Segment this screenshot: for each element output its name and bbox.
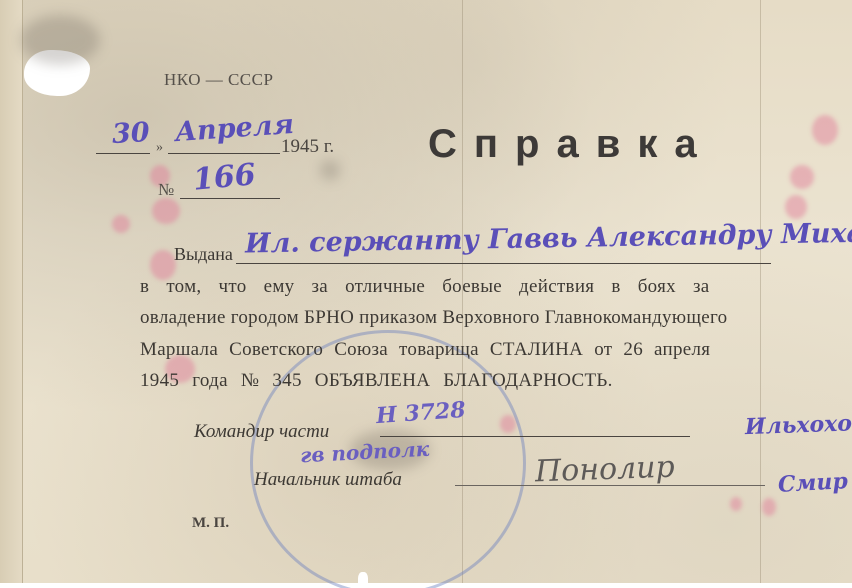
date-day: 30 (111, 117, 150, 150)
document-number: 166 (192, 157, 257, 197)
body-line-3: Маршала Советского Союза товарища СТАЛИН… (140, 339, 710, 361)
document-title: Справка (428, 122, 714, 167)
seal-label: М. П. (192, 515, 229, 532)
body-line-1: в том, что ему за отличные боевые действ… (140, 276, 710, 298)
quote-mark: » (156, 140, 163, 156)
issued-line (236, 263, 771, 264)
number-label: № (158, 180, 174, 200)
chief-of-staff-signature: Понолир (534, 450, 675, 490)
date-day-line (96, 153, 150, 154)
stain (762, 498, 776, 516)
stain (812, 115, 838, 145)
dirt-smudge (320, 160, 340, 180)
body-line-2: овладение городом БРНО приказом Верховно… (140, 307, 727, 329)
commander-label: Командир части (194, 421, 329, 443)
commander-signature: Ильхохов (745, 410, 852, 440)
chief-of-staff-label: Начальник штаба (254, 469, 402, 491)
number-line (180, 198, 280, 199)
stain (112, 215, 130, 233)
chief-of-staff-name: Смир (777, 468, 848, 498)
left-edge-strip (0, 0, 23, 588)
fold-crease (760, 0, 761, 588)
date-month-line (168, 153, 280, 154)
dirt-smudge (20, 15, 100, 65)
body-line-4: 1945 года № 345 ОБЪЯВЛЕНА БЛАГОДАРНОСТЬ. (140, 370, 613, 392)
date-year: 1945 г. (281, 136, 334, 158)
stain (785, 195, 807, 219)
stain (790, 165, 814, 189)
header-org: НКО — СССР (164, 70, 273, 90)
stain (730, 497, 742, 511)
stain (152, 198, 180, 224)
issued-label: Выдана (174, 244, 233, 265)
